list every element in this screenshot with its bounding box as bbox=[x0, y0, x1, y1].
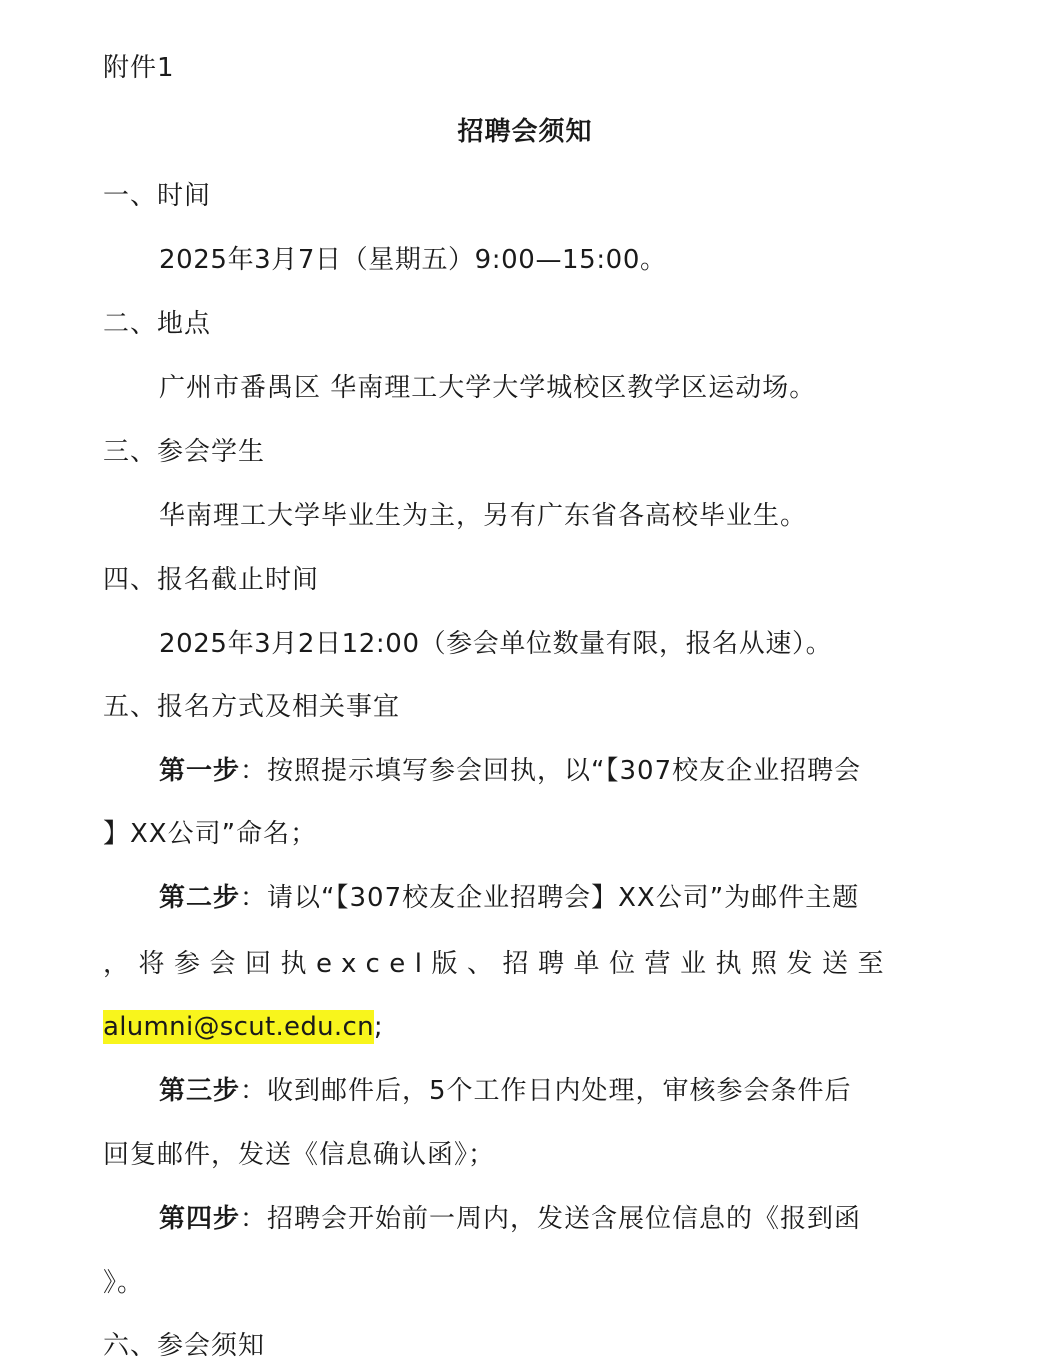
attachment-label: 附件1 bbox=[103, 48, 948, 88]
step-2-line-3: alumni@scut.edu.cn; bbox=[103, 1007, 948, 1047]
step-1-label: 第一步 bbox=[159, 756, 240, 786]
section-heading-registration: 五、报名方式及相关事宜 bbox=[103, 687, 948, 727]
document-page: 附件1 招聘会须知 一、时间 2025年3月7日（星期五）9:00—15:00。… bbox=[0, 0, 1056, 1372]
section-heading-notice: 六、参会须知 bbox=[103, 1326, 948, 1366]
step-3-label: 第三步 bbox=[159, 1076, 240, 1106]
section-content-time: 2025年3月7日（星期五）9:00—15:00。 bbox=[159, 240, 948, 280]
section-content-deadline: 2025年3月2日12:00（参会单位数量有限，报名从速）。 bbox=[159, 624, 948, 664]
section-heading-location: 二、地点 bbox=[103, 304, 948, 344]
step-2-text: ：请以“【307校友企业招聘会】XX公司”为邮件主题 bbox=[240, 883, 859, 913]
step-4-label: 第四步 bbox=[159, 1204, 240, 1234]
step-1-line-1: 第一步：按照提示填写参会回执，以“【307校友企业招聘会 bbox=[159, 751, 948, 791]
section-content-students: 华南理工大学毕业生为主，另有广东省各高校毕业生。 bbox=[159, 496, 948, 536]
section-heading-deadline: 四、报名截止时间 bbox=[103, 560, 948, 600]
section-heading-students: 三、参会学生 bbox=[103, 432, 948, 472]
step-2-label: 第二步 bbox=[159, 883, 240, 913]
document-title: 招聘会须知 bbox=[0, 112, 1056, 152]
step-3-line-1: 第三步：收到邮件后，5个工作日内处理，审核参会条件后 bbox=[159, 1071, 948, 1111]
email-suffix: ; bbox=[374, 1012, 384, 1042]
step-3-text: ：收到邮件后，5个工作日内处理，审核参会条件后 bbox=[240, 1076, 852, 1106]
step-4-line-2: 》。 bbox=[103, 1263, 948, 1303]
section-heading-time: 一、时间 bbox=[103, 176, 948, 216]
step-4-line-1: 第四步：招聘会开始前一周内，发送含展位信息的《报到函 bbox=[159, 1199, 948, 1239]
email-link[interactable]: alumni@scut.edu.cn bbox=[103, 1010, 374, 1044]
step-1-line-2: 】XX公司”命名； bbox=[103, 814, 948, 854]
section-content-location: 广州市番禺区 华南理工大学大学城校区教学区运动场。 bbox=[159, 368, 948, 408]
document-title-text: 招聘会须知 bbox=[457, 117, 592, 147]
step-2-line-1: 第二步：请以“【307校友企业招聘会】XX公司”为邮件主题 bbox=[159, 878, 948, 918]
step-3-line-2: 回复邮件，发送《信息确认函》； bbox=[103, 1135, 948, 1175]
step-2-line-2: ，将参会回执excel版、招聘单位营业执照发送至 bbox=[103, 944, 948, 984]
step-4-text: ：招聘会开始前一周内，发送含展位信息的《报到函 bbox=[240, 1204, 861, 1234]
step-1-text: ：按照提示填写参会回执，以“【307校友企业招聘会 bbox=[240, 756, 861, 786]
